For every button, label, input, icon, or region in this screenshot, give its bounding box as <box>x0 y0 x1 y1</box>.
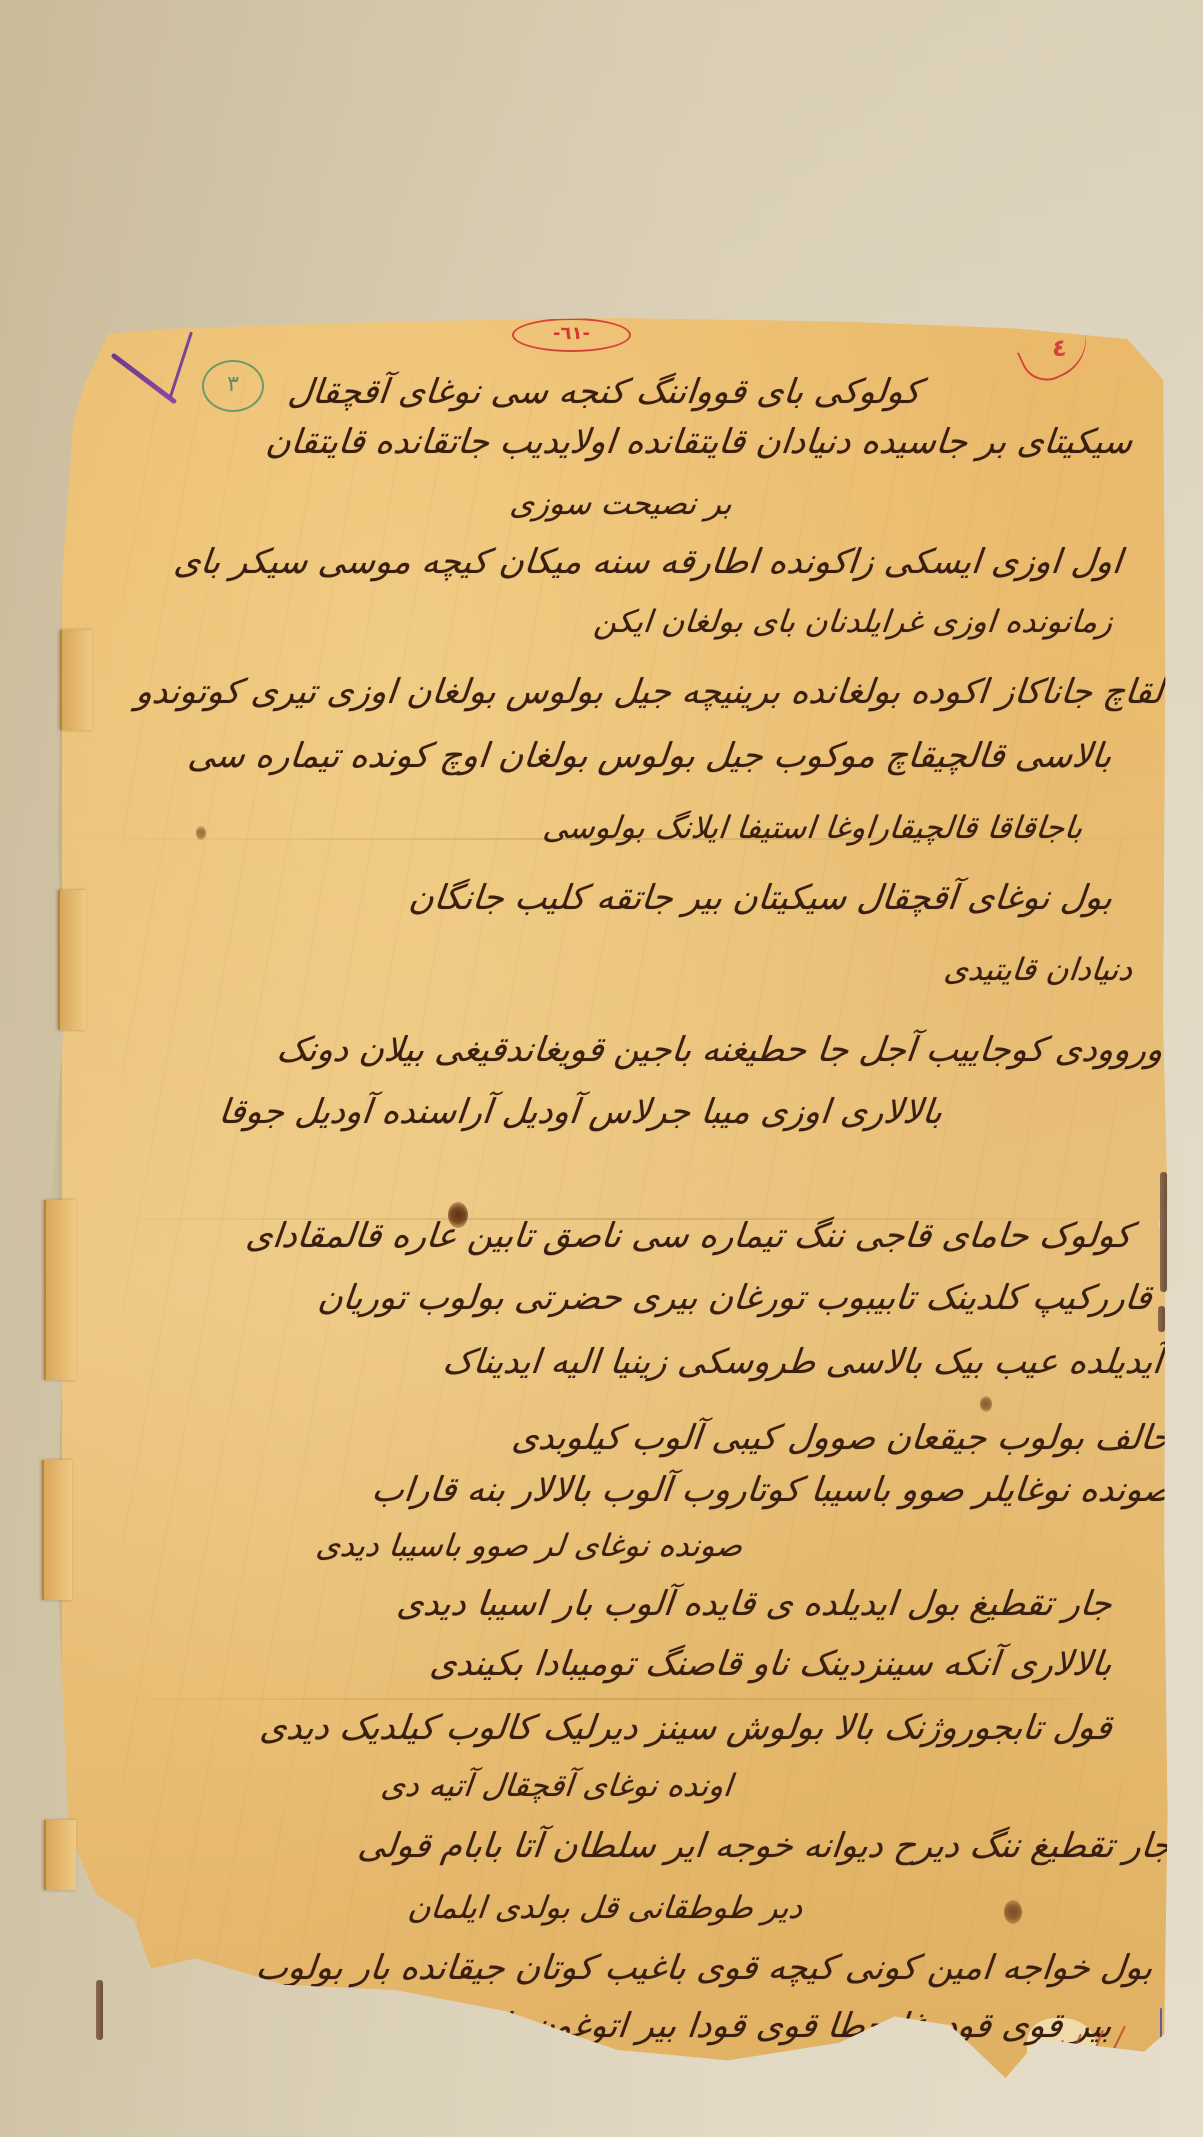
ink-stain <box>1004 1900 1022 1924</box>
corner-number: ٤ <box>1052 334 1067 362</box>
text-line: آلقاچ جاناکاز اکوده بولغانده برینیچه جیل… <box>133 672 1174 712</box>
green-mark-text: ٣ <box>227 372 239 397</box>
torn-edge-shadow <box>1160 1172 1167 1292</box>
text-line: دنیادان قایتیدی <box>942 952 1134 988</box>
text-line: سیکیتای بر جاسیده دنیادان قایتقانده اولا… <box>264 422 1134 462</box>
fold-line <box>62 1698 1172 1700</box>
text-line: دیر طوطقانی قل بولدی ایلمان <box>406 1890 804 1926</box>
folded-edge-tab <box>58 890 86 1030</box>
blue-tick-mark <box>1160 2008 1162 2068</box>
text-line: بالاسی قالچیقاچ موکوب جیل بولوس بولغان ا… <box>186 736 1114 776</box>
text-line: خالف بولوب جیقعان صوول کیبی آلوب کیلوبدی <box>510 1418 1174 1458</box>
text-line: آوروودی کوجاییب آجل جا حطیغنه باجین قویغ… <box>275 1030 1174 1070</box>
text-line: کولوکی بای قوواننگ کنجه سی نوغای آقچقال <box>285 372 922 412</box>
text-line: جار تقطیغ بول ایدیلده ی قایده آلوب بار ا… <box>395 1584 1114 1624</box>
text-line: بالالاری آنکه سینزدینک ناو قاصنگ تومیباد… <box>428 1644 1114 1684</box>
folded-edge-tab <box>44 1200 76 1380</box>
text-line: جار تقطیغ ننگ دیرح دیوانه خوجه ایر سلطان… <box>355 1826 1174 1866</box>
page-number-stamp: -٦١- <box>512 318 631 352</box>
manuscript-page: -٦١- ٤ ٣ کولوکی بای قوواننگ کنجه سی نوغا… <box>62 318 1172 2078</box>
text-line: بالالاری اوزی میبا جرلاس آودیل آراسنده آ… <box>217 1092 945 1132</box>
text-line: بر نصیحت سوزی <box>508 486 734 522</box>
folded-edge-tab <box>44 1820 76 1890</box>
page-number: -٦١- <box>553 323 590 344</box>
ink-stain <box>980 1396 992 1412</box>
ink-stain <box>196 826 206 840</box>
folded-edge-tab <box>42 1460 72 1600</box>
text-line: زمانونده اوزی غرایلدنان بای بولغان ایکن <box>592 604 1114 640</box>
torn-edge-shadow <box>1158 1306 1165 1332</box>
text-line: قول تابجوروژنک بالا بولوش سینز دیرلیک کا… <box>258 1708 1114 1748</box>
text-line: بول نوغای آقچقال سیکیتان بیر جاتقه کلیب … <box>407 878 1114 918</box>
text-line: قاررکیپ کلدینک تابیبوب تورغان بیری حضرتی… <box>316 1278 1154 1318</box>
text-line: بیر قوی قودرغا حطا قوی قودا بیر اتوغون ت… <box>349 2006 1114 2046</box>
folded-edge-tab <box>60 630 92 730</box>
green-circled-mark: ٣ <box>202 360 264 412</box>
red-scribble <box>1049 2040 1064 2076</box>
text-line: صونده نوغای لر صوو باسیبا دیدی <box>314 1528 744 1564</box>
text-line: صونده نوغایلر صوو باسیبا کوتاروب آلوب با… <box>370 1470 1174 1510</box>
text-line: اونده نوغای آقچقال آتیه دی <box>379 1768 734 1804</box>
text-line: آیدیلده عیب بیک بالاسی طروسکی زینیا الیه… <box>441 1342 1164 1382</box>
torn-edge-shadow <box>96 1980 103 2040</box>
text-line: کولوک حامای قاجی ننگ تیماره سی ناصق تابی… <box>244 1216 1134 1256</box>
text-line: باجاقاقا قالچیقاراوغا استیفا ایلانگ بولو… <box>541 810 1084 846</box>
text-line: اول اوزی ایسکی زاکونده اطارقه سنه میکان … <box>172 542 1124 582</box>
text-line: بول خواجه امین کونی کیچه قوی باغیب کوتان… <box>253 1948 1154 1988</box>
